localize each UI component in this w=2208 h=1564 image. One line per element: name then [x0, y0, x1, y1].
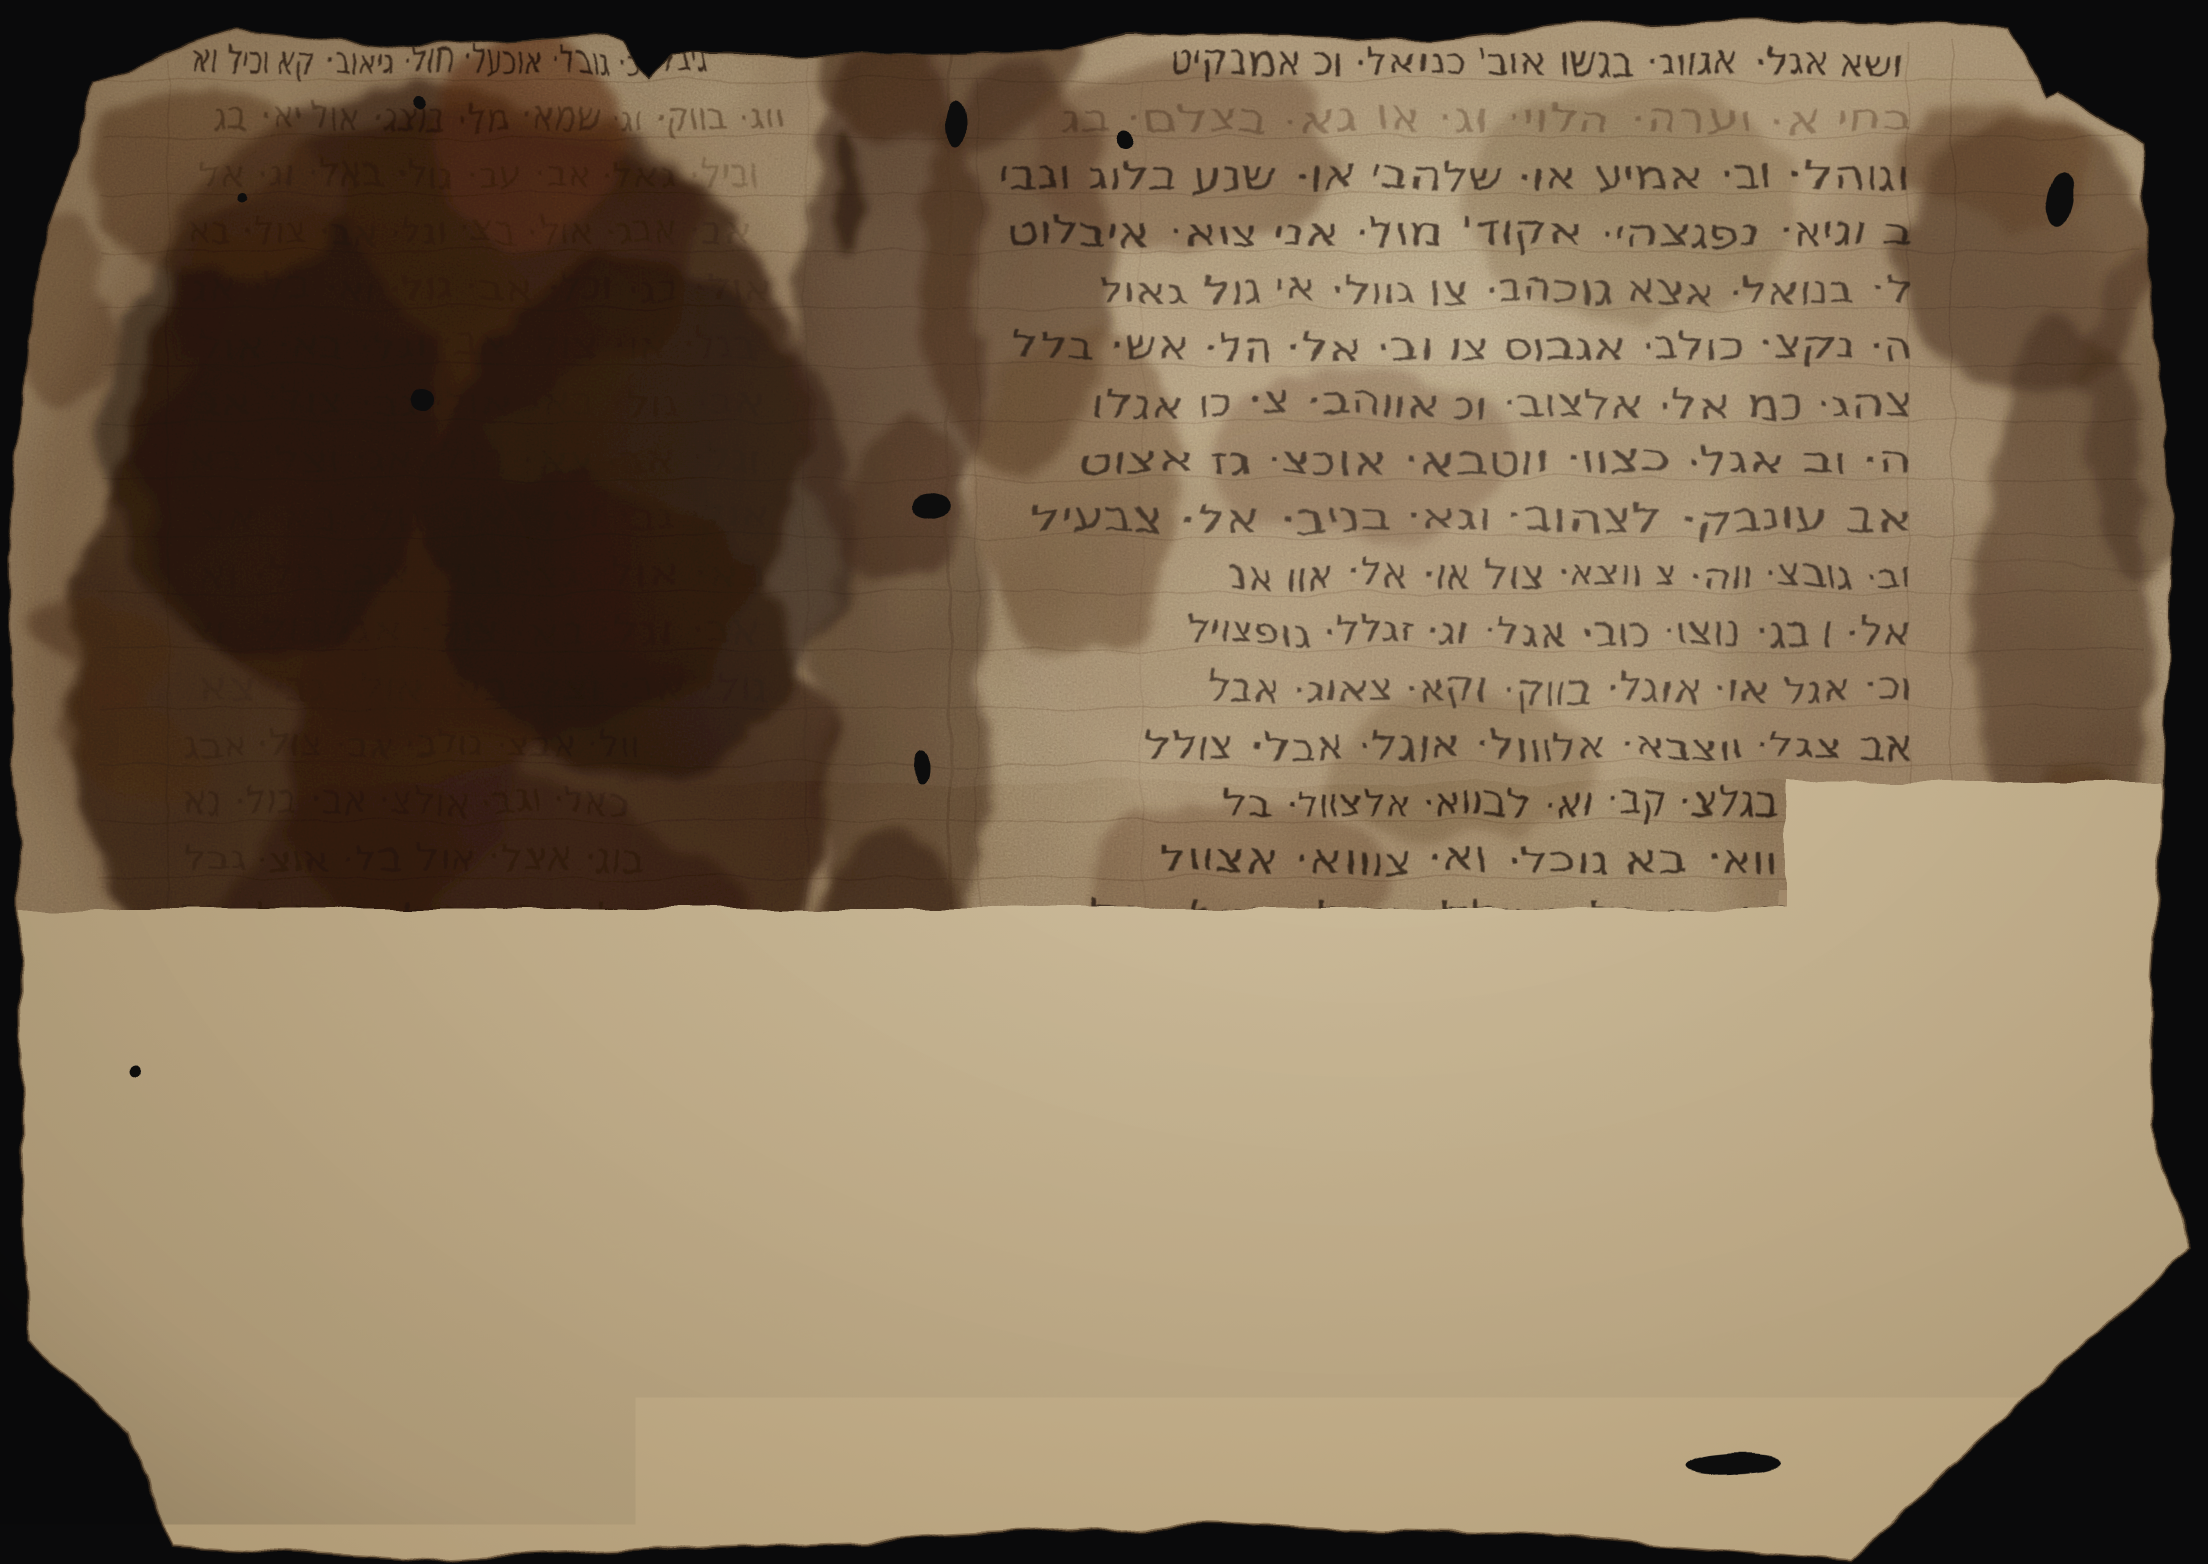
photo-vignette [0, 0, 2208, 1564]
manuscript-photo: גיבל וכ· גובל· אוכעל· חול· גיאוב· קא וכי… [0, 0, 2208, 1564]
manuscript-scan: גיבל וכ· גובל· אוכעל· חול· גיאוב· קא וכי… [0, 0, 2208, 1564]
